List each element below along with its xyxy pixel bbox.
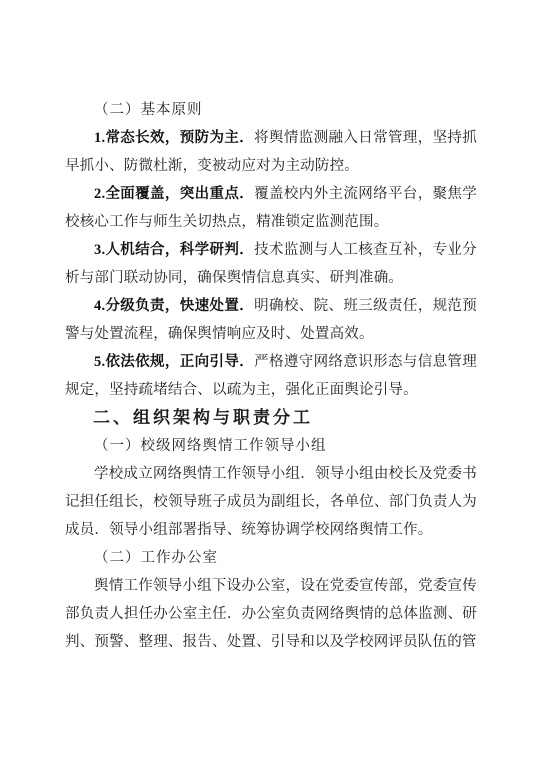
- principle-item-5: 5.依法依规，正向引导．严格遵守网络意识形态与信息管理规定，坚持疏堵结合、以疏为…: [65, 348, 477, 404]
- principle-1-lead: 1.常态长效，预防为主．: [94, 130, 254, 146]
- document-page: （二）基本原则 1.常态长效，预防为主．将舆情监测融入日常管理，坚持抓早抓小、防…: [0, 0, 536, 765]
- principle-5-lead: 5.依法依规，正向引导．: [94, 354, 254, 370]
- section-heading-organization: 二、组织架构与职责分工: [65, 404, 477, 432]
- principle-item-2: 2.全面覆盖，突出重点．覆盖校内外主流网络平台，聚焦学校核心工作与师生关切热点，…: [65, 180, 477, 236]
- principle-2-lead: 2.全面覆盖，突出重点．: [94, 186, 254, 202]
- document-content: （二）基本原则 1.常态长效，预防为主．将舆情监测融入日常管理，坚持抓早抓小、防…: [65, 96, 477, 656]
- principle-item-1: 1.常态长效，预防为主．将舆情监测融入日常管理，坚持抓早抓小、防微杜渐，变被动应…: [65, 124, 477, 180]
- principle-3-lead: 3.人机结合，科学研判．: [94, 242, 254, 258]
- subheading-work-office: （二）工作办公室: [65, 544, 477, 572]
- paragraph-leading-group: 学校成立网络舆情工作领导小组．领导小组由校长及党委书记担任组长，校领导班子成员为…: [65, 460, 477, 544]
- principle-item-4: 4.分级负责，快速处置．明确校、院、班三级责任，规范预警与处置流程，确保舆情响应…: [65, 292, 477, 348]
- paragraph-work-office: 舆情工作领导小组下设办公室，设在党委宣传部，党委宣传部负责人担任办公室主任．办公…: [65, 572, 477, 656]
- subheading-leading-group: （一）校级网络舆情工作领导小组: [65, 432, 477, 460]
- principle-4-lead: 4.分级负责，快速处置．: [94, 298, 254, 314]
- subheading-basic-principles: （二）基本原则: [65, 96, 477, 124]
- principle-item-3: 3.人机结合，科学研判．技术监测与人工核查互补，专业分析与部门联动协同，确保舆情…: [65, 236, 477, 292]
